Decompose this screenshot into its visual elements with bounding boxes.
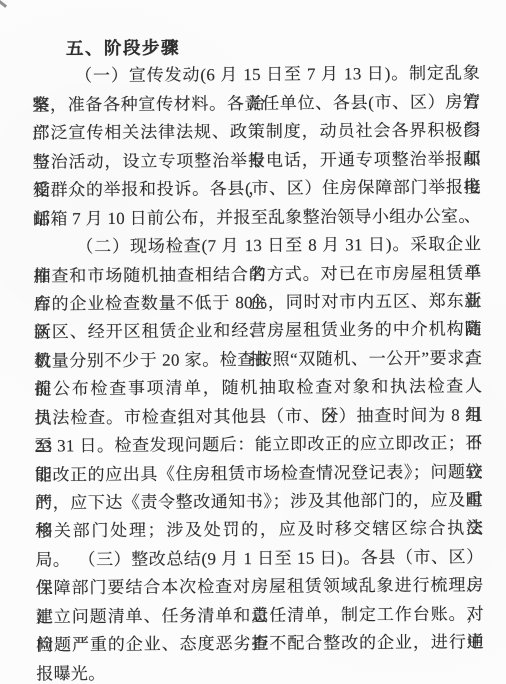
text-line: （三）整改总结(9 月 1 日至 15 日)。各县（市、区）住房 (35, 543, 483, 575)
text-line: 广泛宣传相关法律法规、政策制度，动员社会各界积极参与专项 (32, 117, 480, 149)
text-line: 前公布检查事项清单，随机抽取检查对象和执法检查人员，分组 (34, 373, 482, 405)
text-line: 整治活动，设立专项整治举报电话，开通专项整治举报邮箱，接 (33, 145, 481, 177)
text-line: 至 31 日。检查发现问题后：能立即改正的应立即改正；不能立 (35, 430, 483, 462)
text-line: 案，准备各种宣传材料。各责任单位、各县(市、区）房管部门 (32, 88, 480, 120)
text-line: （一）宣传发动(6 月 15 日至 7 月 13 日)。制定乱象整治方 (32, 60, 480, 92)
document-page: 五、阶段步骤 （一）宣传发动(6 月 15 日至 7 月 13 日)。制定乱象整… (0, 0, 506, 684)
text-line: 即改正的应出具《住房租赁市场检查情况登记表》；问题较严重 (35, 458, 483, 490)
document-body: 五、阶段步骤 （一）宣传发动(6 月 15 日至 7 月 13 日)。制定乱象整… (32, 31, 484, 660)
text-line: 建立问题清单、任务清单和责任清单，制定工作台账。对检查中 (36, 600, 484, 632)
section-heading: 五、阶段步骤 (32, 31, 480, 63)
text-line: （二）现场检查(7 月 13 日至 8 月 31 日)。采取企业库名单 (33, 231, 481, 263)
text-line: 相关部门处理；涉及处罚的，应及时移交辖区综合执法局。 (35, 515, 483, 547)
text-line: 数量分别不少于 20 家。检查按照“双随机、一公开”要求，提 (34, 344, 482, 376)
text-line: 问题严重的企业、态度恶劣拒不配合整改的企业，进行通报曝光。 (36, 629, 484, 661)
text-line: 的，应下达《责令整改通知书》；涉及其他部门的，应及时移交 (35, 486, 483, 518)
text-line: 保障部门要结合本次检查对房屋租赁领域乱象进行梳理、汇总， (36, 572, 484, 604)
text-line: 邮箱 7 月 10 日前公布，并报至乱象整治领导小组办公室。 (33, 202, 481, 234)
text-line: 执法检查。市检查组对其他县（市、区）抽查时间为 8 月 23 日 (34, 401, 482, 433)
text-line: 受群众的举报和投诉。各县(市、区）住房保障部门举报电话、 (33, 174, 481, 206)
scan-corner-artifact (0, 0, 7, 8)
text-line: 新区、经开区租赁企业和经营房屋租赁业务的中介机构随机抽查 (34, 316, 482, 348)
text-line: 抽查和市场随机抽查相结合的方式。对已在市房屋租赁平台企业 (33, 259, 481, 291)
text-line: 库的企业检查数量不低于 80%，同时对市内五区、郑东新区、高 (34, 287, 482, 319)
